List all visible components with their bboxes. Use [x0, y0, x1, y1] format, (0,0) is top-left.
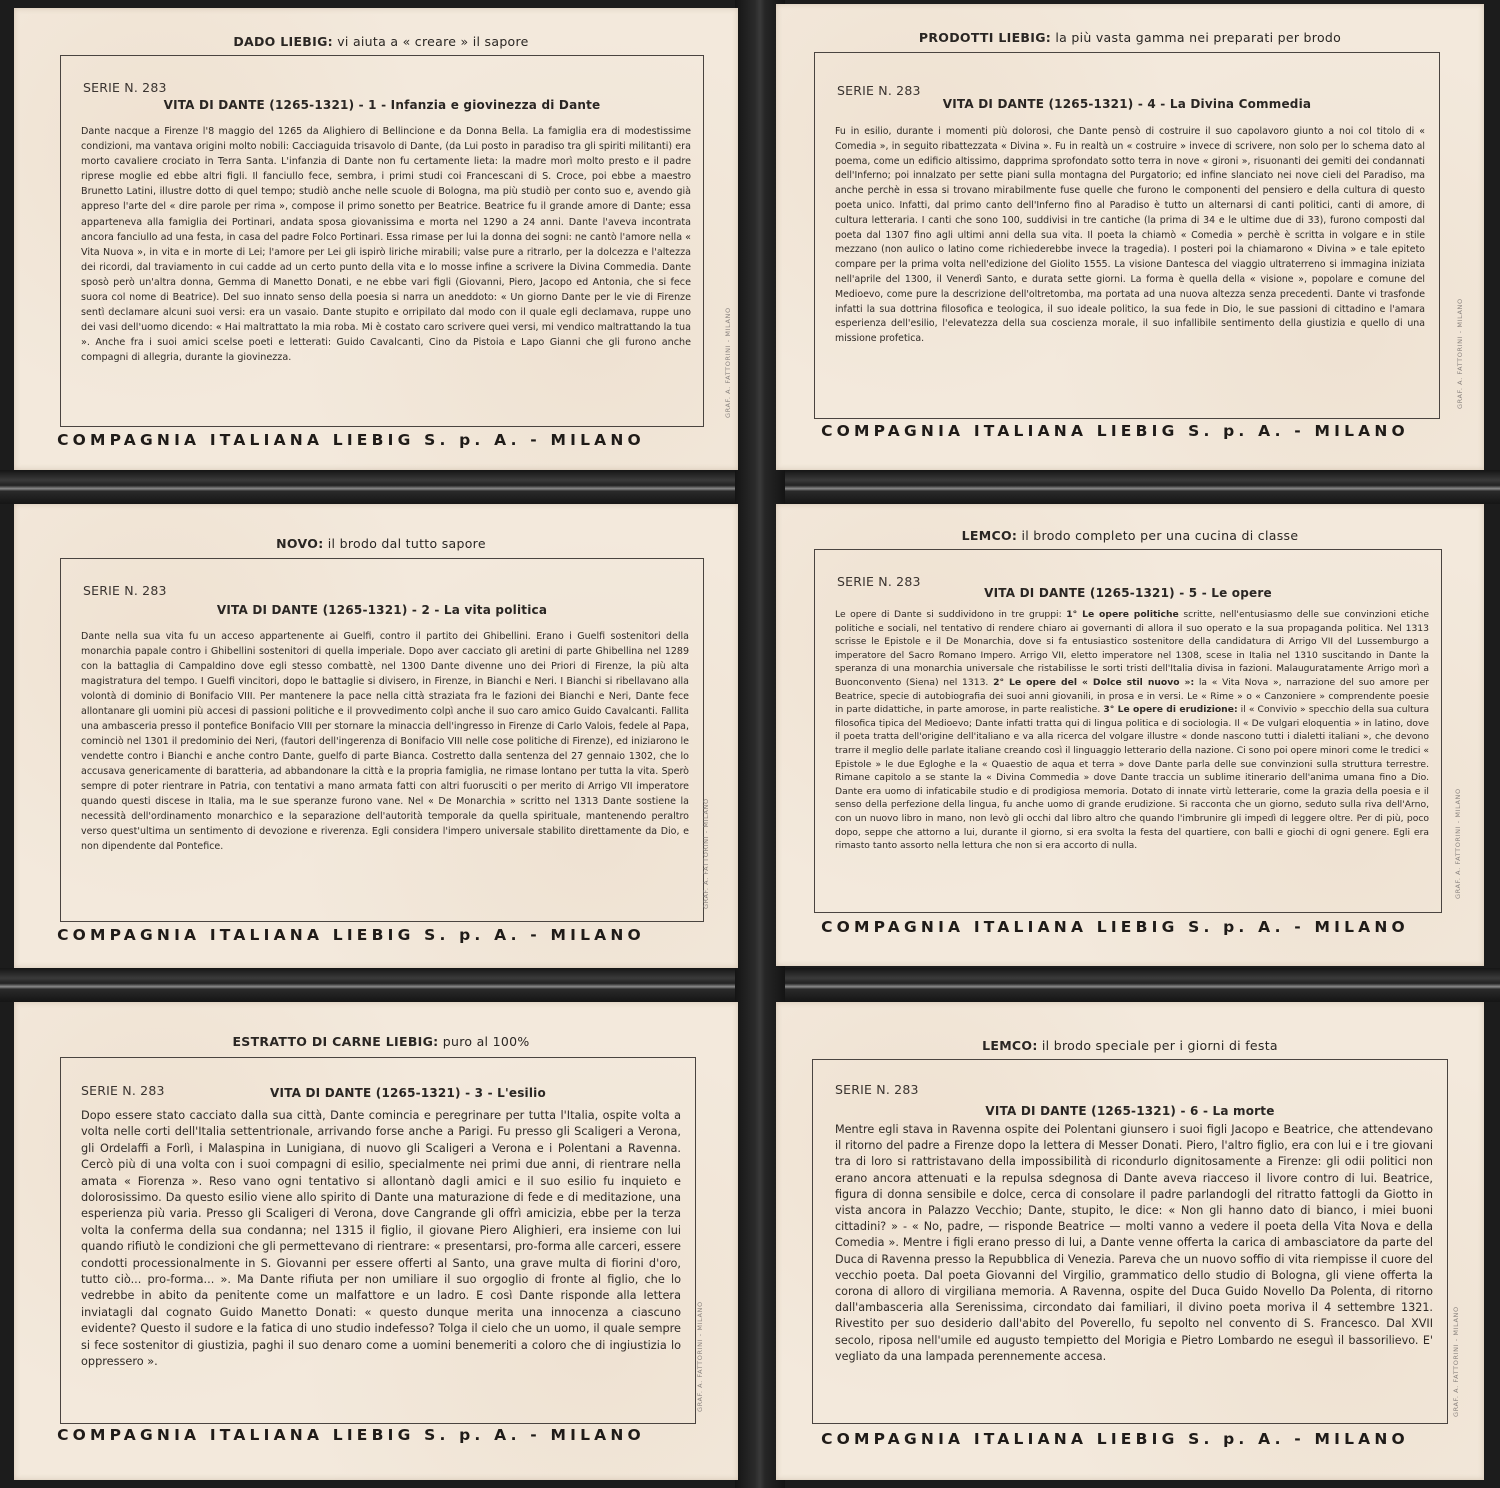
section-heading: 1° Le opere politiche: [1066, 609, 1178, 620]
tagline-text: il brodo completo per una cucina di clas…: [1017, 528, 1298, 543]
card-tagline: LEMCO: il brodo completo per una cucina …: [826, 528, 1434, 543]
tagline-brand: DADO LIEBIG:: [233, 34, 333, 49]
text-frame: SERIE N. 283 VITA DI DANTE (1265-1321) -…: [60, 558, 704, 922]
card-title: VITA DI DANTE (1265-1321) - 3 - L'esilio: [121, 1086, 695, 1100]
section-heading: 2° Le opere del « Dolce stil nuovo »:: [993, 677, 1194, 688]
card-title: VITA DI DANTE (1265-1321) - 4 - La Divin…: [815, 97, 1439, 111]
card-footer: COMPAGNIA ITALIANA LIEBIG S. p. A. - MIL…: [776, 422, 1454, 440]
card-title: VITA DI DANTE (1265-1321) - 6 - La morte: [813, 1104, 1447, 1118]
card-3-esilio: ESTRATTO DI CARNE LIEBIG: puro al 100% S…: [14, 1002, 738, 1480]
tagline-brand: NOVO:: [276, 536, 323, 551]
card-6-la-morte: LEMCO: il brodo speciale per i giorni di…: [776, 1002, 1484, 1480]
serie-number: SERIE N. 283: [835, 1082, 919, 1097]
tagline-text: il brodo speciale per i giorni di festa: [1038, 1038, 1278, 1053]
tagline-text: puro al 100%: [438, 1034, 529, 1049]
printer-imprint: GRAF. A. FATTORINI - MILANO: [1456, 298, 1464, 409]
card-footer: COMPAGNIA ITALIANA LIEBIG S. p. A. - MIL…: [776, 1430, 1454, 1448]
text-frame: SERIE N. 283 VITA DI DANTE (1265-1321) -…: [814, 549, 1442, 913]
card-footer: COMPAGNIA ITALIANA LIEBIG S. p. A. - MIL…: [14, 1426, 688, 1444]
card-footer: COMPAGNIA ITALIANA LIEBIG S. p. A. - MIL…: [14, 926, 688, 944]
printer-imprint: GRAF. A. FATTORINI - MILANO: [724, 307, 732, 418]
tagline-text: vi aiuta a « creare » il sapore: [333, 34, 529, 49]
printer-imprint: GRAF. A. FATTORINI - MILANO: [1454, 788, 1462, 899]
card-tagline: NOVO: il brodo dal tutto sapore: [74, 536, 688, 551]
card-tagline: DADO LIEBIG: vi aiuta a « creare » il sa…: [74, 34, 688, 49]
printer-imprint: GRAF. A. FATTORINI - MILANO: [1452, 1306, 1460, 1417]
card-title: VITA DI DANTE (1265-1321) - 5 - Le opere: [815, 586, 1441, 600]
card-1-infanzia: DADO LIEBIG: vi aiuta a « creare » il sa…: [14, 8, 738, 470]
serie-number: SERIE N. 283: [83, 583, 167, 598]
text-frame: SERIE N. 283 VITA DI DANTE (1265-1321) -…: [60, 1057, 696, 1424]
text-frame: SERIE N. 283 VITA DI DANTE (1265-1321) -…: [60, 55, 704, 427]
tagline-brand: LEMCO:: [962, 528, 1018, 543]
card-4-divina-commedia: PRODOTTI LIEBIG: la più vasta gamma nei …: [776, 4, 1484, 470]
card-tagline: LEMCO: il brodo speciale per i giorni di…: [826, 1038, 1434, 1053]
card-tagline: PRODOTTI LIEBIG: la più vasta gamma nei …: [826, 30, 1434, 45]
card-body: Fu in esilio, durante i momenti più dolo…: [835, 125, 1425, 347]
tagline-text: la più vasta gamma nei preparati per bro…: [1051, 30, 1341, 45]
text-frame: SERIE N. 283 VITA DI DANTE (1265-1321) -…: [814, 52, 1440, 419]
serie-number: SERIE N. 283: [837, 83, 921, 98]
card-2-vita-politica: NOVO: il brodo dal tutto sapore SERIE N.…: [14, 504, 738, 968]
tagline-text: il brodo dal tutto sapore: [324, 536, 486, 551]
tagline-brand: ESTRATTO DI CARNE LIEBIG:: [232, 1034, 438, 1049]
section-heading: 3° Le opere di erudizione:: [1103, 704, 1237, 715]
printer-imprint: GRAF. A. FATTORINI - MILANO: [696, 1301, 704, 1412]
card-title: VITA DI DANTE (1265-1321) - 2 - La vita …: [61, 603, 703, 617]
serie-number: SERIE N. 283: [83, 80, 167, 95]
card-body: Le opere di Dante si suddividono in tre …: [835, 608, 1429, 853]
tagline-brand: PRODOTTI LIEBIG:: [919, 30, 1051, 45]
card-body: Mentre egli stava in Ravenna ospite dei …: [835, 1122, 1433, 1365]
card-tagline: ESTRATTO DI CARNE LIEBIG: puro al 100%: [74, 1034, 688, 1049]
card-body: Dante nacque a Firenze l'8 maggio del 12…: [81, 124, 691, 366]
printer-imprint: GRAF. A. FATTORINI - MILANO: [702, 798, 710, 909]
card-footer: COMPAGNIA ITALIANA LIEBIG S. p. A. - MIL…: [776, 918, 1454, 936]
body-segment: Le opere di Dante si suddividono in tre …: [835, 609, 1066, 620]
text-frame: SERIE N. 283 VITA DI DANTE (1265-1321) -…: [812, 1059, 1448, 1424]
tagline-brand: LEMCO:: [982, 1038, 1038, 1053]
card-title: VITA DI DANTE (1265-1321) - 1 - Infanzia…: [61, 98, 703, 112]
body-segment: il « Convivio » specchio della sua cultu…: [835, 704, 1429, 851]
card-body: Dopo essere stato cacciato dalla sua cit…: [81, 1108, 681, 1371]
card-footer: COMPAGNIA ITALIANA LIEBIG S. p. A. - MIL…: [14, 431, 688, 449]
card-5-le-opere: LEMCO: il brodo completo per una cucina …: [776, 504, 1484, 966]
card-body: Dante nella sua vita fu un acceso appart…: [81, 629, 689, 854]
